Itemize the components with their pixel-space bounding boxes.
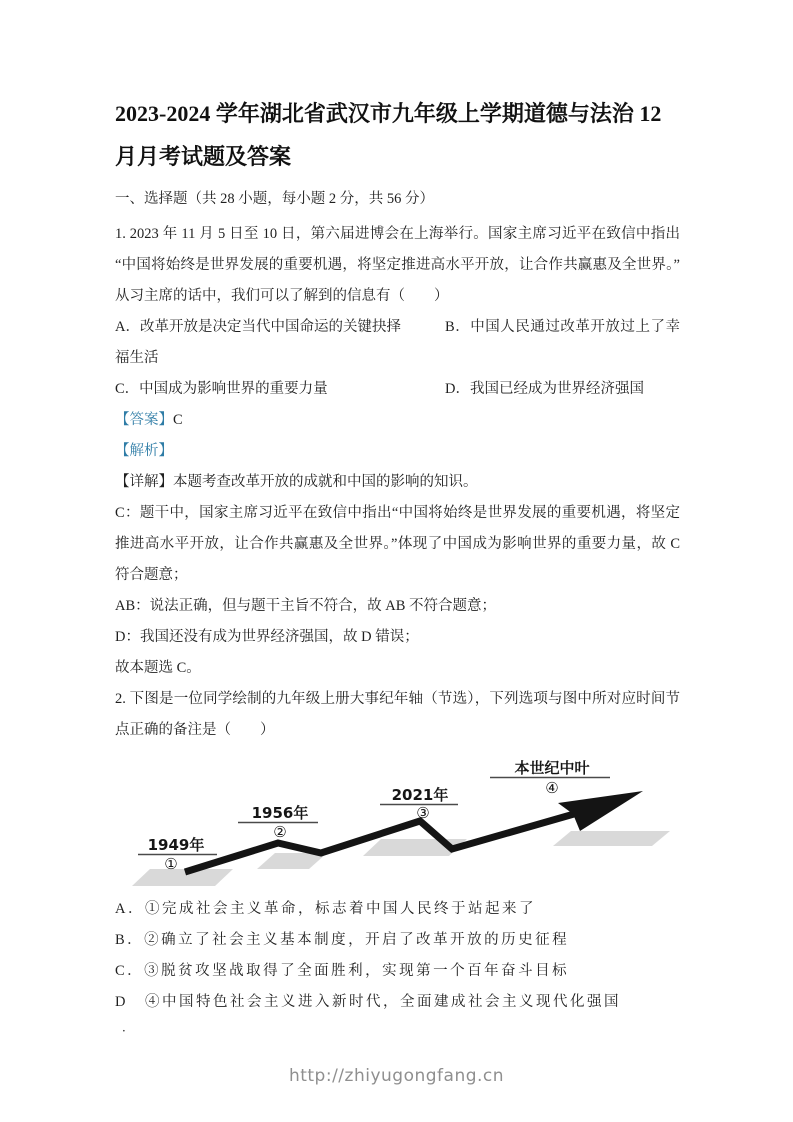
- watermark-url: http://zhiyugongfang.cn: [0, 1066, 793, 1086]
- milestone-midcentury-marker: ④: [545, 779, 558, 797]
- milestone-1956-marker: ②: [273, 823, 286, 841]
- page-title: 2023-2024 学年湖北省武汉市九年级上学期道德与法治 12 月月考试题及答…: [115, 92, 680, 178]
- q1-answer-line: 【答案】C: [115, 405, 680, 436]
- milestone-2021-marker: ③: [416, 804, 429, 822]
- milestone-2021-label: 2021年: [392, 786, 449, 804]
- arrow-head-icon: [558, 791, 643, 831]
- arrow-shadow-shapes: [132, 831, 670, 886]
- milestone-1949-label: 1949年: [148, 836, 205, 854]
- milestone-1956-label: 1956年: [252, 804, 309, 822]
- q1-detail: 【详解】本题考查改革开放的成就和中国的影响的知识。: [115, 467, 680, 498]
- section-heading: 一、选择题（共 28 小题，每小题 2 分，共 56 分）: [115, 184, 680, 215]
- answer-value: C: [173, 412, 183, 428]
- q2-option-c: C．③脱贫攻坚战取得了全面胜利，实现第一个百年奋斗目标: [115, 956, 680, 987]
- q1-options-row-ab: A．改革开放是决定当代中国命运的关键抉择B．中国人民通过改革开放过上了幸福生活: [115, 312, 680, 374]
- q1-options-row-cd: C．中国成为影响世界的重要力量D．我国已经成为世界经济强国: [115, 374, 680, 405]
- timeline-diagram: 1949年 ① 1956年 ② 2021年 ③ 本世纪中叶 ④: [115, 746, 680, 894]
- analysis-label: 【解析】: [115, 436, 680, 467]
- q2-option-b: B．②确立了社会主义基本制度，开启了改革开放的历史征程: [115, 925, 680, 956]
- page-title-line-2: 月月考试题及答案: [115, 135, 680, 178]
- shadow-4: [553, 831, 670, 846]
- answer-label: 【答案】: [115, 412, 173, 428]
- q1-explanation-ab: AB：说法正确，但与题干主旨不符合，故 AB 不符合题意；: [115, 591, 680, 622]
- exam-document: 2023-2024 学年湖北省武汉市九年级上学期道德与法治 12 月月考试题及答…: [0, 0, 793, 1036]
- q1-explanation-c: C：题干中，国家主席习近平在致信中指出“中国将始终是世界发展的重要机遇，将坚定推…: [115, 498, 680, 591]
- shadow-1: [132, 869, 233, 886]
- milestone-midcentury: 本世纪中叶 ④: [490, 759, 610, 797]
- milestone-1949-marker: ①: [164, 855, 177, 873]
- timeline-figure: 1949年 ① 1956年 ② 2021年 ③ 本世纪中叶 ④: [115, 746, 680, 894]
- q1-option-d: D．我国已经成为世界经济强国: [445, 381, 644, 397]
- page-title-line-1: 2023-2024 学年湖北省武汉市九年级上学期道德与法治 12: [115, 92, 680, 135]
- q2-stem: 2. 下图是一位同学绘制的九年级上册大事纪年轴（节选），下列选项与图中所对应时间…: [115, 684, 680, 746]
- q1-option-a: A．改革开放是决定当代中国命运的关键抉择: [115, 312, 445, 343]
- q1-option-c: C．中国成为影响世界的重要力量: [115, 374, 445, 405]
- q1-explanation-d: D：我国还没有成为世界经济强国，故 D 错误；: [115, 622, 680, 653]
- stray-period-mark: ．: [115, 1018, 680, 1036]
- milestone-2021: 2021年 ③: [380, 786, 458, 822]
- milestone-midcentury-label: 本世纪中叶: [514, 759, 590, 777]
- q2-option-a: A．①完成社会主义革命，标志着中国人民终于站起来了: [115, 894, 680, 925]
- milestone-1956: 1956年 ②: [238, 804, 318, 841]
- q1-conclusion: 故本题选 C。: [115, 653, 680, 684]
- q2-option-d: D ④中国特色社会主义进入新时代，全面建成社会主义现代化强国: [115, 987, 680, 1018]
- q1-stem: 1. 2023 年 11 月 5 日至 10 日，第六届进博会在上海举行。国家主…: [115, 219, 680, 312]
